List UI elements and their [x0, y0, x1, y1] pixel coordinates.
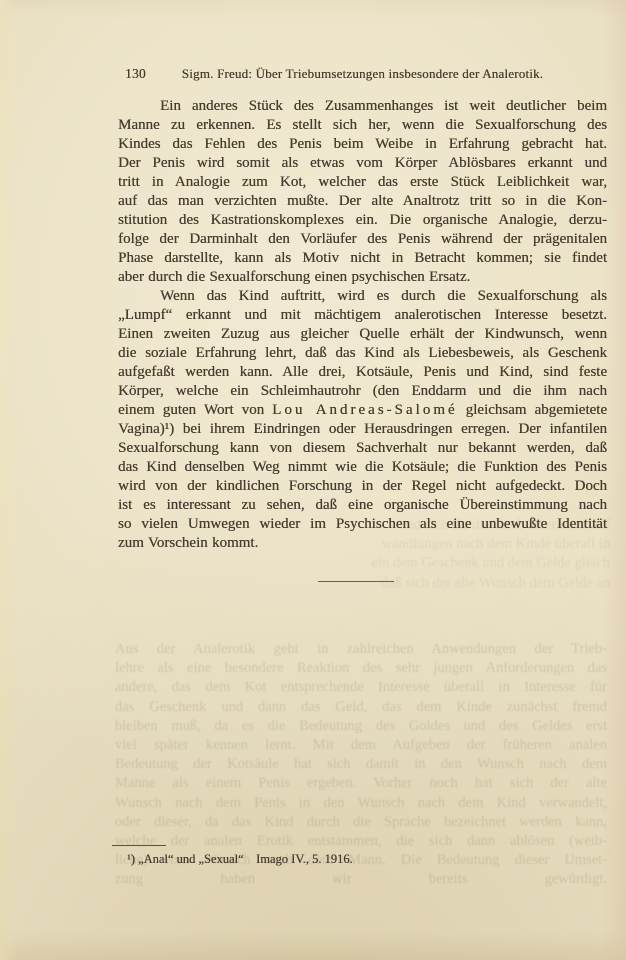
text-line: ist es interessant zu sehen, daß eine or…	[118, 496, 607, 515]
text-line: einem guten Wort von Lou Andreas-Salomé …	[118, 401, 607, 420]
text-line: Sexualforschung kann von diesem Sachverh…	[118, 439, 607, 458]
bleedthrough-line: Manne als einem Penis ergeben. Vorher no…	[115, 774, 607, 793]
text-line: folge der Darminhalt den Vorläufer des P…	[118, 230, 607, 249]
bleedthrough-line: zung haben wir bereits gewürdigt.	[115, 870, 607, 889]
scanned-book-page: 130 Sigm. Freud: Über Triebumsetzungen i…	[0, 0, 626, 960]
bleedthrough-line: Bedeutung der Kotsäule hat sich damit in…	[115, 755, 607, 774]
text-line: das Kind denselben Weg nimmt wie die Kot…	[118, 458, 607, 477]
footnote-text: ¹) „Anal“ und „Sexual“ Imago IV., 5. 191…	[118, 851, 616, 867]
bleedthrough-line: viel später kennen lernt. Mit dem Aufgeb…	[115, 736, 607, 755]
text-line: auf das man verzichten mußte. Der alte A…	[118, 192, 607, 211]
bleedthrough-line: das Geschenk und dann das Geld, das dem …	[115, 698, 607, 717]
text-line: wird von der kindlichen Forschung in der…	[118, 477, 607, 496]
page-number: 130	[125, 66, 146, 82]
bleedthrough-line: andere, das dem Kot entsprechende Intere…	[115, 678, 607, 697]
text-line: zum Vorschein kommt.	[118, 534, 607, 553]
footnote-separator-rule	[112, 845, 166, 846]
bleedthrough-line: oder dieser, da das Kind durch die Sprac…	[115, 813, 607, 832]
bleedthrough-line: ein dem Geschenk und dem Gelde gleich	[310, 554, 610, 573]
text-line: Kindes das Fehlen des Penis beim Weibe i…	[118, 135, 607, 154]
text-line: aber durch die Sexualforschung einen psy…	[118, 268, 607, 287]
text-line: Ein anderes Stück des Zusammenhanges ist…	[118, 97, 607, 116]
text-line: Phase darstellte, kann als Motiv nicht i…	[118, 249, 607, 268]
text-line: Körper, welche ein Schleimhautrohr (den …	[118, 382, 607, 401]
text-line: aufgefaßt werden kann. Alle drei, Kotsäu…	[118, 363, 607, 382]
text-line: Einen zweiten Zuzug aus gleicher Quelle …	[118, 325, 607, 344]
text-line: Wenn das Kind auftritt, wird es durch di…	[118, 287, 607, 306]
text-line: Vagina)¹) bei ihrem Eindringen oder Hera…	[118, 420, 607, 439]
text-line: Manne zu erkennen. Es stellt sich her, w…	[118, 116, 607, 135]
running-head: 130 Sigm. Freud: Über Triebumsetzungen i…	[118, 66, 607, 84]
bleedthrough-line: Aus der Analerotik geht in zahlreichen A…	[115, 640, 607, 659]
text-line: tritt in Analogie zum Kot, welcher das e…	[118, 173, 607, 192]
letterspaced-name: Lou Andreas-Salomé	[272, 402, 457, 418]
text-line: Der Penis wird somit als etwas vom Körpe…	[118, 154, 607, 173]
bleedthrough-line: Wunsch nach dem Penis in den Wunsch nach…	[115, 794, 607, 813]
text-line: stitution des Kastrationskomplexes ein. …	[118, 211, 607, 230]
body-text: Ein anderes Stück des Zusammenhanges ist…	[118, 97, 607, 553]
section-divider-rule	[318, 581, 394, 582]
bleedthrough-line: welche der analen Erotik entstammen, die…	[115, 832, 607, 851]
running-title: Sigm. Freud: Über Triebumsetzungen insbe…	[182, 66, 543, 81]
text-line: die soziale Erfahrung lehrt, daß das Kin…	[118, 344, 607, 363]
bleedthrough-line: lehre als eine besondere Reaktion des se…	[115, 659, 607, 678]
bleedthrough-line: daß sich der alte Wunsch dem Gelde an	[310, 574, 610, 593]
bleedthrough-line: bleiben muß, da es die Bedeutung des Gol…	[115, 717, 607, 736]
text-line: so vielen Umwegen wieder im Psychischen …	[118, 515, 607, 534]
text-line: „Lumpf“ erkannt und mit mächtigem analer…	[118, 306, 607, 325]
